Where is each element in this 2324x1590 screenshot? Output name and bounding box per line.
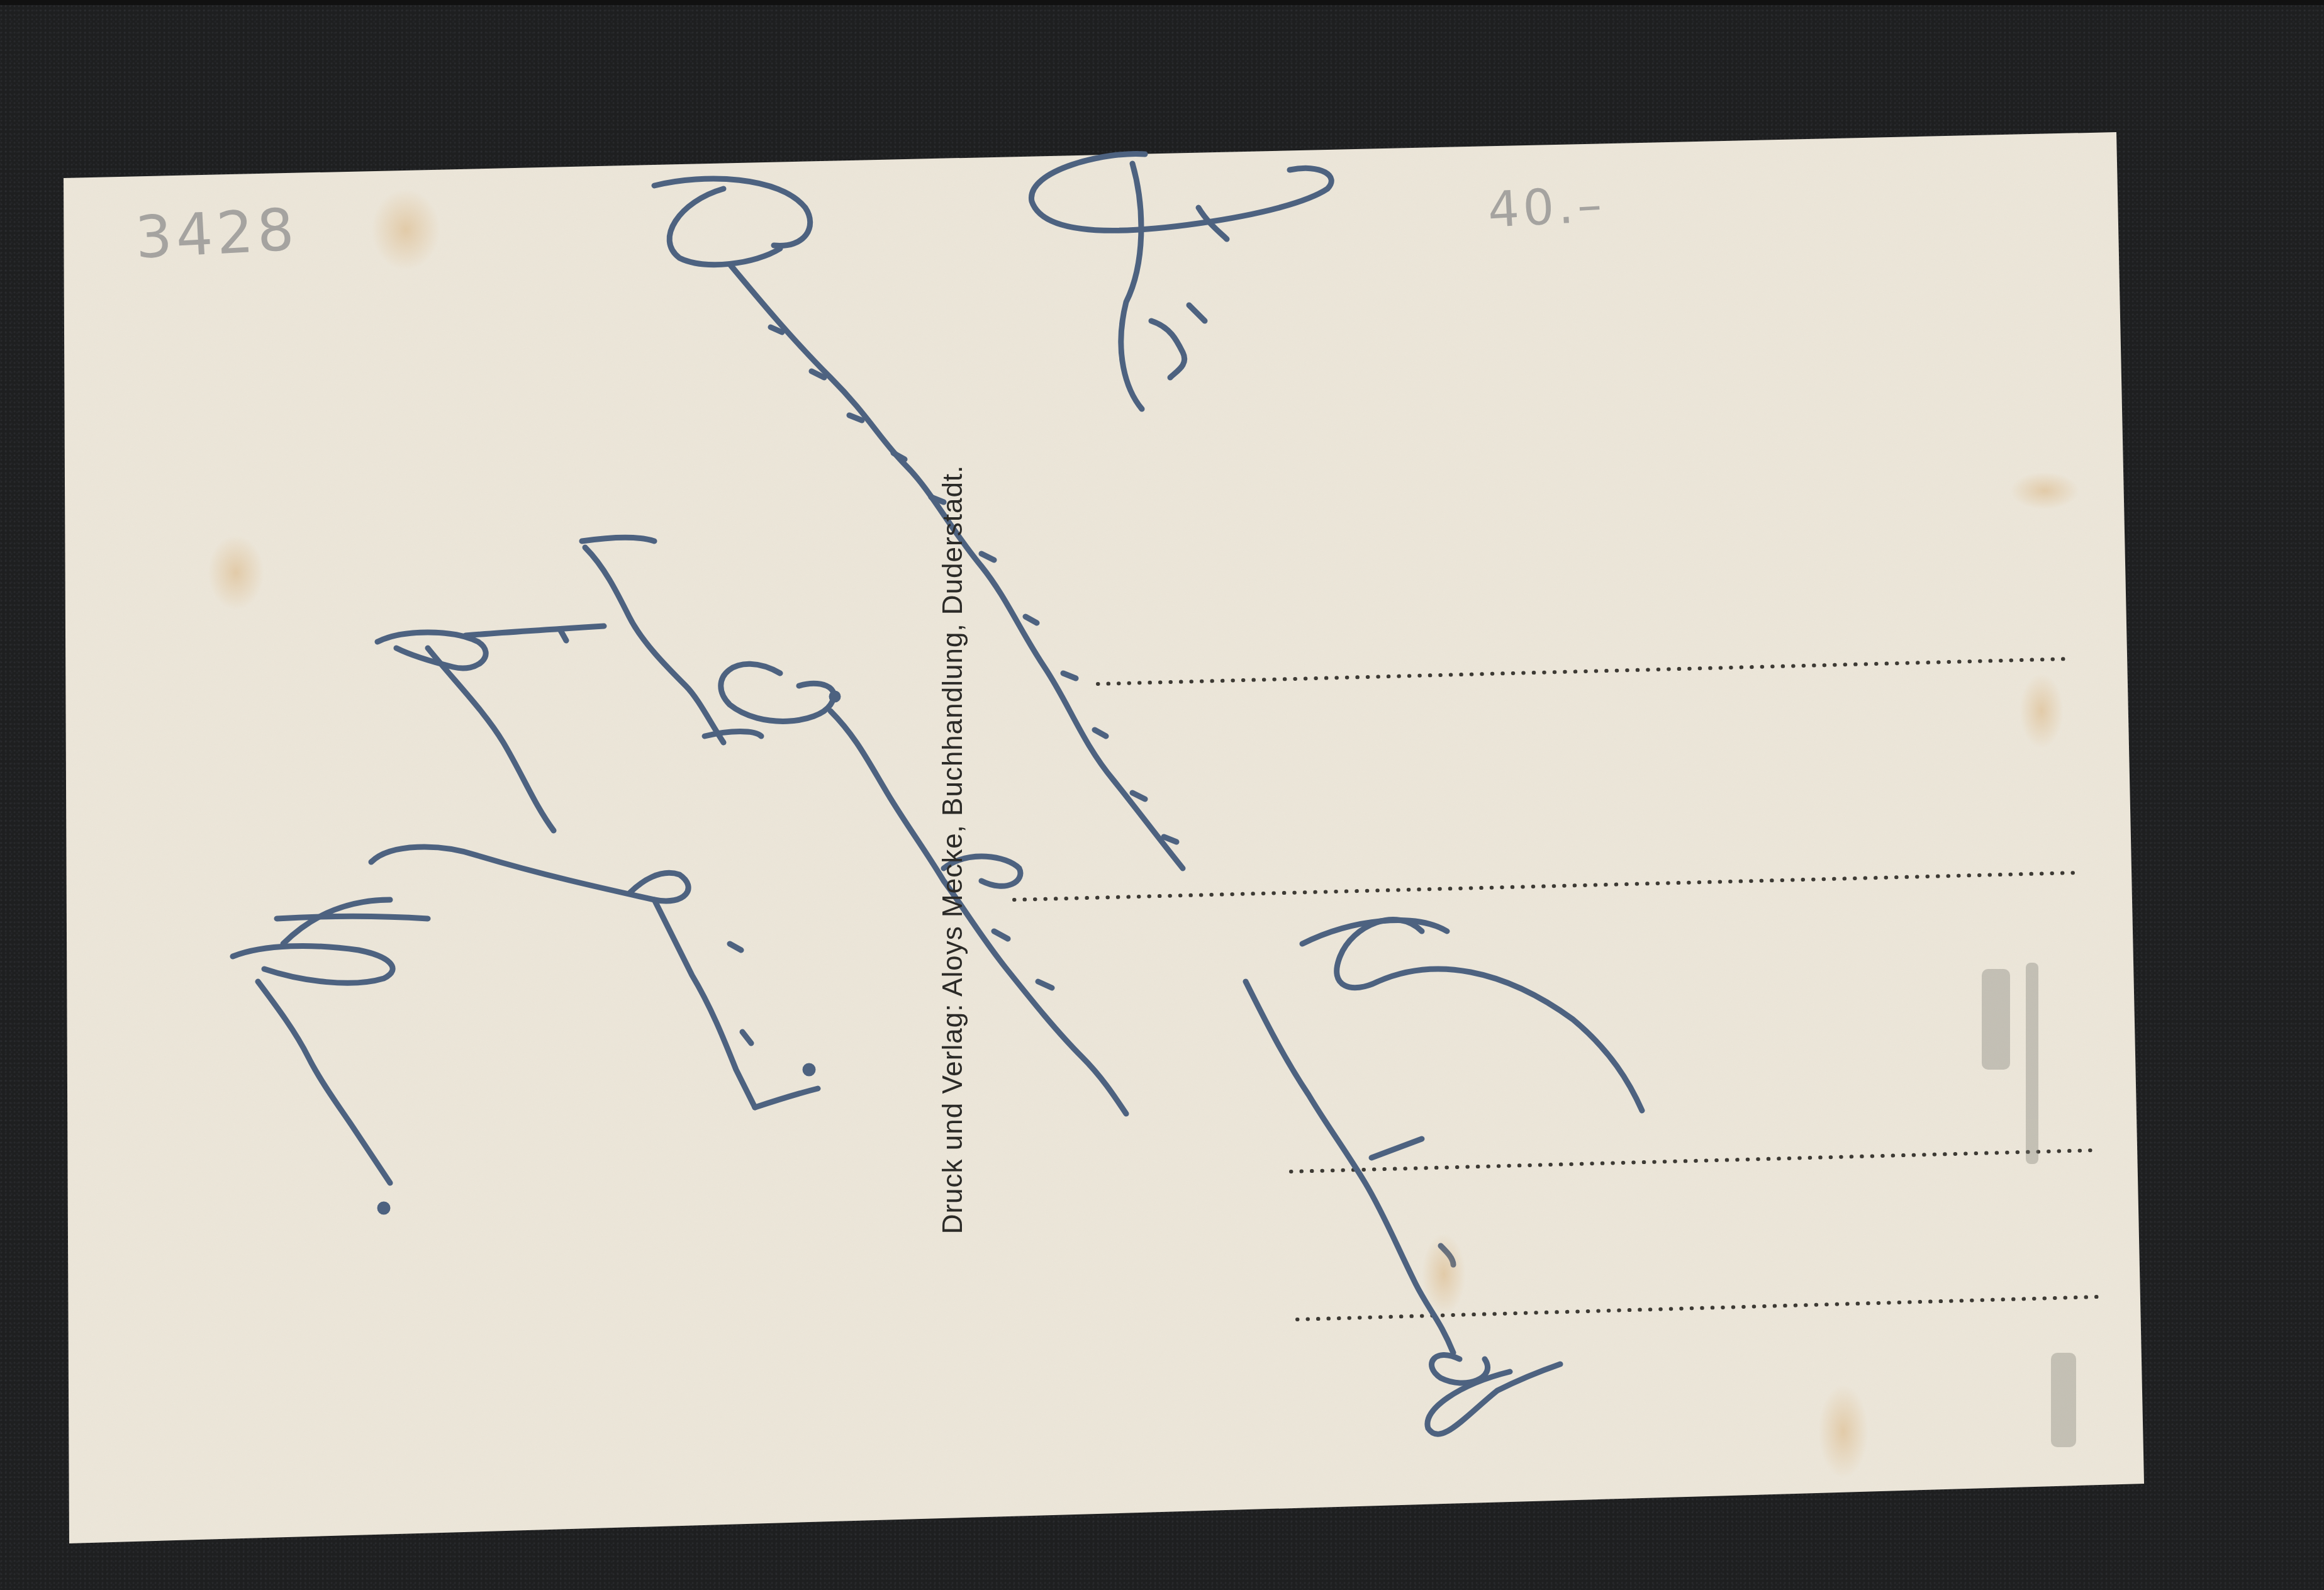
pencil-inventory-number: 3428 bbox=[133, 196, 299, 271]
publisher-imprint: Druck und Verlag: Aloys Mecke, Buchhandl… bbox=[934, 409, 972, 1290]
postcard-card-shape bbox=[0, 0, 2324, 1590]
postcard: 3428 40.– Druck und Verlag: Aloys Mecke,… bbox=[0, 0, 2324, 1590]
foxing-stain bbox=[2020, 673, 2064, 749]
foxing-stain bbox=[1422, 1233, 1466, 1315]
foxing-stain bbox=[1818, 1384, 1869, 1479]
pencil-price-mark: 40.– bbox=[1487, 176, 1607, 239]
foxing-stain bbox=[371, 189, 440, 271]
foxing-stain bbox=[2010, 472, 2079, 510]
foxing-stain bbox=[208, 535, 264, 610]
